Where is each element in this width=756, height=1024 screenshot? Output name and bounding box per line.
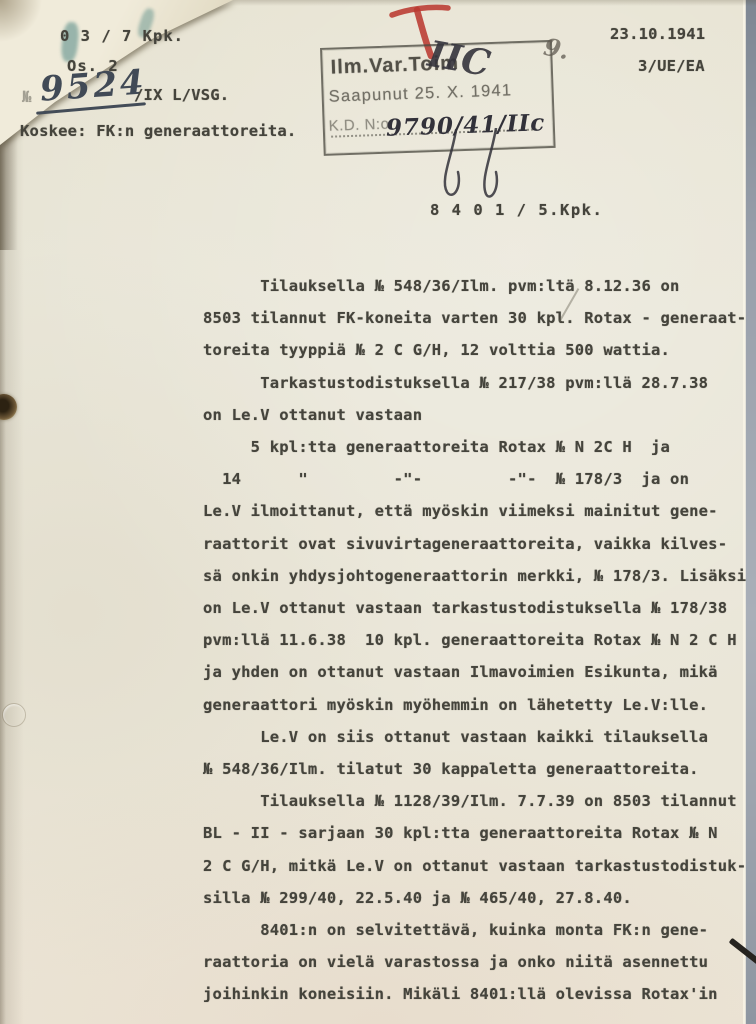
- subject-line: Koskee: FK:n generaattoreita.: [20, 122, 296, 140]
- scanned-document-page: 0 3 / 7 Kpk. Os. 2 № 9524 /IX L/VSG. Kos…: [0, 0, 756, 1024]
- document-date: 23.10.1941: [610, 25, 705, 43]
- header-unit-line: 0 3 / 7 Kpk.: [60, 27, 184, 45]
- body-text: Tilauksella № 548/36/Ilm. pvm:ltä 8.12.3…: [203, 270, 756, 1011]
- stamp-kd-number-label: K.D. N:o: [328, 116, 389, 135]
- header-number-suffix: /IX L/VSG.: [134, 86, 229, 104]
- header-number-symbol: №: [22, 88, 32, 106]
- document-reference: 3/UE/EA: [638, 57, 705, 75]
- embossed-seal-ring: [2, 703, 26, 727]
- recipient-line: 8 4 0 1 / 5.Kpk.: [430, 201, 603, 219]
- stamp-arrival-date-line: Saapunut 25. X. 1941: [328, 81, 512, 106]
- pencil-mark: 9.: [541, 32, 572, 66]
- handwritten-pen-flourish: [428, 128, 538, 206]
